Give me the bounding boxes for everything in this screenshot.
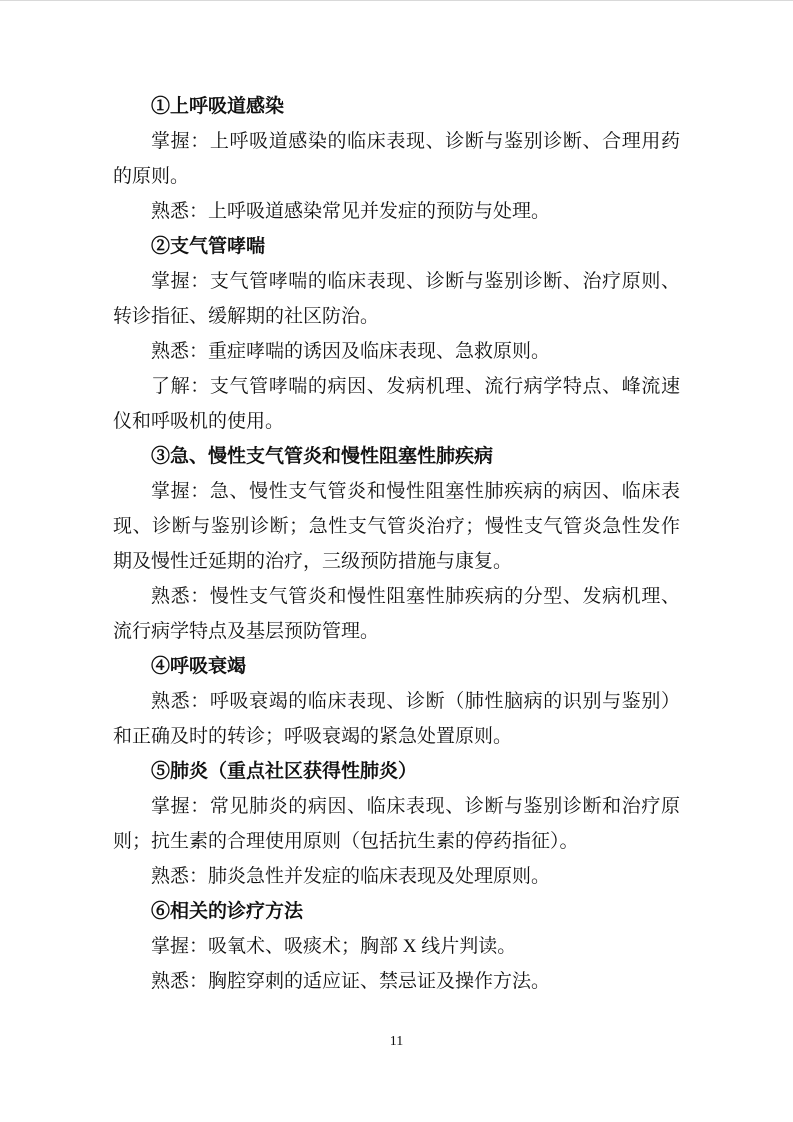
paragraph: 熟悉：慢性支气管炎和慢性阻塞性肺疾病的分型、发病机理、流行病学特点及基层预防管理… (113, 579, 680, 649)
paragraph: 熟悉：肺炎急性并发症的临床表现及处理原则。 (113, 859, 680, 894)
section-heading-3: ③急、慢性支气管炎和慢性阻塞性肺疾病 (113, 439, 680, 474)
section-heading-6: ⑥相关的诊疗方法 (113, 894, 680, 929)
paragraph: 熟悉：重症哮喘的诱因及临床表现、急救原则。 (113, 334, 680, 369)
section-heading-4: ④呼吸衰竭 (113, 649, 680, 684)
page-number: 11 (0, 1034, 793, 1050)
paragraph: 掌握：常见肺炎的病因、临床表现、诊断与鉴别诊断和治疗原则；抗生素的合理使用原则（… (113, 789, 680, 859)
page-content: ①上呼吸道感染 掌握：上呼吸道感染的临床表现、诊断与鉴别诊断、合理用药的原则。 … (113, 89, 680, 999)
section-heading-2: ②支气管哮喘 (113, 229, 680, 264)
paragraph: 掌握：上呼吸道感染的临床表现、诊断与鉴别诊断、合理用药的原则。 (113, 124, 680, 194)
document-page: ①上呼吸道感染 掌握：上呼吸道感染的临床表现、诊断与鉴别诊断、合理用药的原则。 … (0, 0, 793, 1122)
paragraph: 掌握：吸氧术、吸痰术；胸部 X 线片判读。 (113, 929, 680, 964)
paragraph: 熟悉：呼吸衰竭的临床表现、诊断（肺性脑病的识别与鉴别）和正确及时的转诊；呼吸衰竭… (113, 684, 680, 754)
paragraph: 熟悉：上呼吸道感染常见并发症的预防与处理。 (113, 194, 680, 229)
paragraph: 掌握：急、慢性支气管炎和慢性阻塞性肺疾病的病因、临床表现、诊断与鉴别诊断；急性支… (113, 474, 680, 579)
paragraph: 熟悉：胸腔穿刺的适应证、禁忌证及操作方法。 (113, 964, 680, 999)
paragraph: 了解：支气管哮喘的病因、发病机理、流行病学特点、峰流速仪和呼吸机的使用。 (113, 369, 680, 439)
paragraph: 掌握：支气管哮喘的临床表现、诊断与鉴别诊断、治疗原则、转诊指征、缓解期的社区防治… (113, 264, 680, 334)
section-heading-1: ①上呼吸道感染 (113, 89, 680, 124)
section-heading-5: ⑤肺炎（重点社区获得性肺炎） (113, 754, 680, 789)
